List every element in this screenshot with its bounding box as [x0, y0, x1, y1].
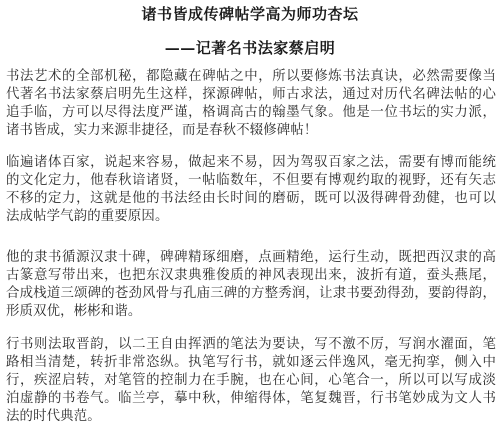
article-subtitle: ——记著名书法家蔡启明: [0, 38, 500, 58]
paragraph-line: 法成帖学气韵的重要原因。: [6, 208, 496, 226]
paragraph-line: 诸书皆成，实力来源非捷径，而是春秋不辍修碑帖！: [6, 122, 496, 140]
article-title: 诸书皆成传碑帖学高为师功杏坛: [0, 4, 500, 24]
paragraph-running-script: 行书则法取晋韵，以二王自由挥洒的笔法为要诀，写不激不厉，写润水濯面，笔 路相当清…: [6, 336, 496, 426]
paragraph-line: 泊虚静的书卷气。临兰亭，摹中秋，伸缩得体，笔复魏晋，行书笔妙成为文人书: [6, 390, 496, 408]
paragraph-clerical-script: 他的隶书循源汉隶十碑，碑碑精琢细磨，点画精绝，运行生动，既把西汉隶的高 古篆意写…: [6, 249, 496, 321]
paragraph-line: 法的时代典范。: [6, 408, 496, 426]
paragraph-line: 古篆意写带出来，也把东汉隶典雅俊质的神风表现出来，波折有道，蚕头燕尾，: [6, 267, 496, 285]
paragraph-line: 不移的定力，这就是他的书法经由长时间的磨砺，既可以汲得碑骨劲健，也可以: [6, 190, 496, 208]
paragraph-line: 合成栈道三颂碑的苍劲风骨与孔庙三碑的方整秀润，让隶书要劲得劲，要韵得韵，: [6, 285, 496, 303]
paragraph-line: 他的隶书循源汉隶十碑，碑碑精琢细磨，点画精绝，运行生动，既把西汉隶的高: [6, 249, 496, 267]
paragraph-line: 追手临，方可以尽得法度严谨，格调高古的翰墨气象。他是一位书坛的实力派，: [6, 104, 496, 122]
paragraph-line: 行，疾涩启转，对笔管的控制力在手腕，也在心间，心笔合一，所以可以写成淡: [6, 372, 496, 390]
paragraph-line: 书法艺术的全部机秘，都隐藏在碑帖之中，所以要修炼书法真诀，必然需要像当: [6, 68, 496, 86]
paragraph-line: 路相当清楚，转折非常恣纵。执笔写行书，就如逐云伴逸风，毫无拘挛，侧入中: [6, 354, 496, 372]
paragraph-line: 的文化定力，他春秋谙诸贤，一帖临数年，不但要有博观约取的视野，还有矢志: [6, 172, 496, 190]
paragraph-line: 临遍诸体百家，说起来容易，做起来不易，因为驾驭百家之法，需要有博而能统: [6, 154, 496, 172]
paragraph-study: 临遍诸体百家，说起来容易，做起来不易，因为驾驭百家之法，需要有博而能统 的文化定…: [6, 154, 496, 226]
paragraph-line: 形质双优，彬彬和谐。: [6, 303, 496, 321]
paragraph-line: 代著名书法家蔡启明先生这样，探源碑帖，师古求法，通过对历代名碑法帖的心: [6, 86, 496, 104]
paragraph-line: 行书则法取晋韵，以二王自由挥洒的笔法为要诀，写不激不厉，写润水濯面，笔: [6, 336, 496, 354]
article-page: 诸书皆成传碑帖学高为师功杏坛 ——记著名书法家蔡启明 书法艺术的全部机秘，都隐藏…: [0, 0, 500, 436]
paragraph-intro: 书法艺术的全部机秘，都隐藏在碑帖之中，所以要修炼书法真诀，必然需要像当 代著名书…: [6, 68, 496, 140]
